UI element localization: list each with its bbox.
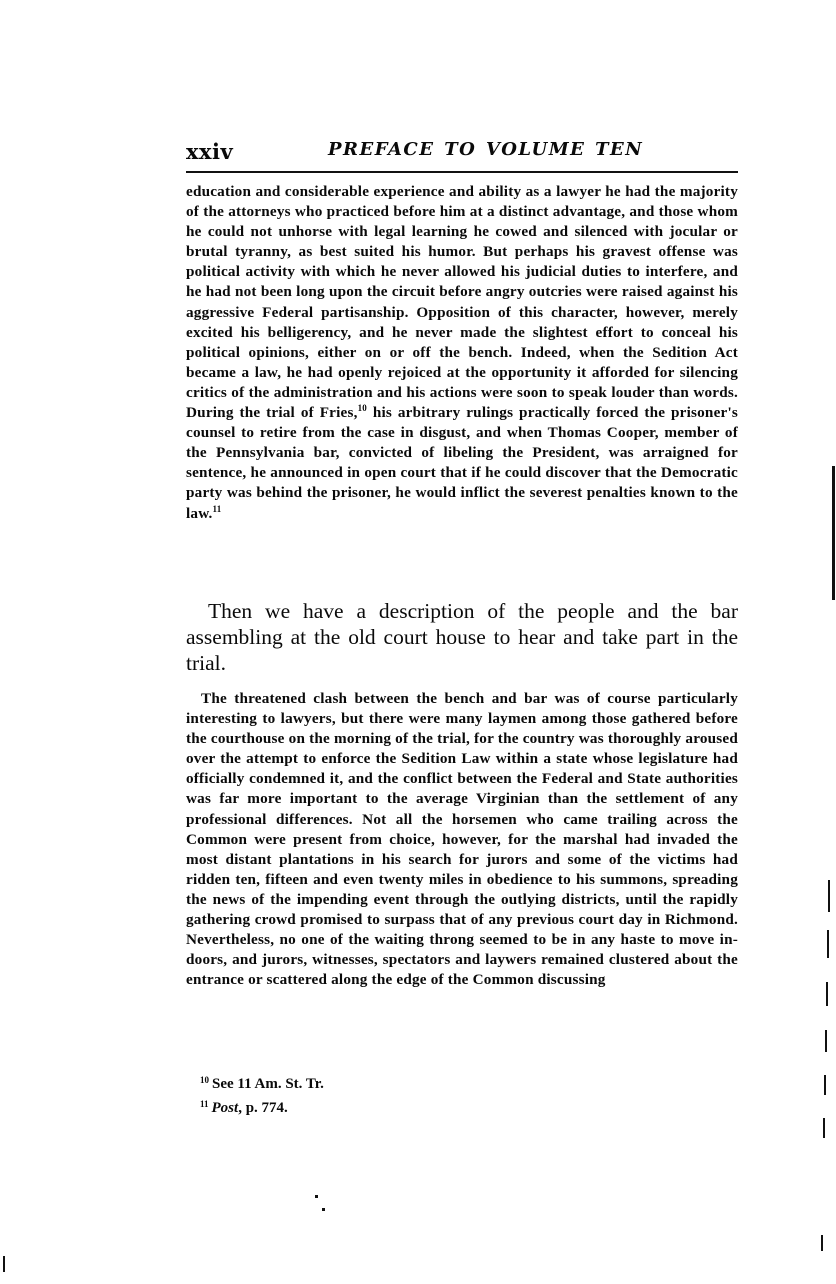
header-rule — [186, 171, 738, 173]
scan-speck — [322, 1208, 325, 1211]
scan-edge-mark — [824, 1075, 826, 1095]
scan-edge-mark — [827, 930, 829, 958]
footnote-ref-10: 10 — [358, 403, 367, 413]
footnote-number: 10 — [200, 1075, 209, 1085]
footnotes: 10See 11 Am. St. Tr. 11Post, p. 774. — [200, 1070, 700, 1118]
footnote-text: See 11 Am. St. Tr. — [212, 1076, 324, 1092]
quoted-paragraph: The threatened clash between the bench a… — [186, 689, 738, 990]
scan-edge-mark — [825, 1030, 827, 1052]
footnote-ref-11: 11 — [213, 504, 222, 514]
paragraph-text: education and considerable experience an… — [186, 183, 738, 421]
running-title: PREFACE TO VOLUME TEN — [328, 139, 643, 160]
scan-edge-mark — [821, 1235, 823, 1251]
page-number: xxiv — [186, 139, 233, 164]
scan-edge-mark — [826, 982, 828, 1006]
footnote-number: 11 — [200, 1099, 209, 1109]
commentary-paragraph: Then we have a description of the people… — [186, 598, 738, 676]
running-head: xxiv PREFACE TO VOLUME TEN — [186, 139, 738, 167]
scan-edge-mark — [832, 466, 835, 600]
paragraph-text: his arbitrary rulings practically forced… — [186, 404, 738, 521]
scan-edge-mark — [828, 880, 830, 912]
footnote-italic-text: Post — [212, 1100, 239, 1116]
paragraph-continued: education and considerable experience an… — [186, 182, 738, 524]
footnote-10: 10See 11 Am. St. Tr. — [200, 1070, 700, 1094]
footnote-11: 11Post, p. 774. — [200, 1094, 700, 1118]
scan-speck — [315, 1195, 318, 1198]
footnote-text: , p. 774. — [238, 1100, 288, 1116]
scan-edge-mark — [3, 1256, 5, 1272]
scan-edge-mark — [823, 1118, 825, 1138]
